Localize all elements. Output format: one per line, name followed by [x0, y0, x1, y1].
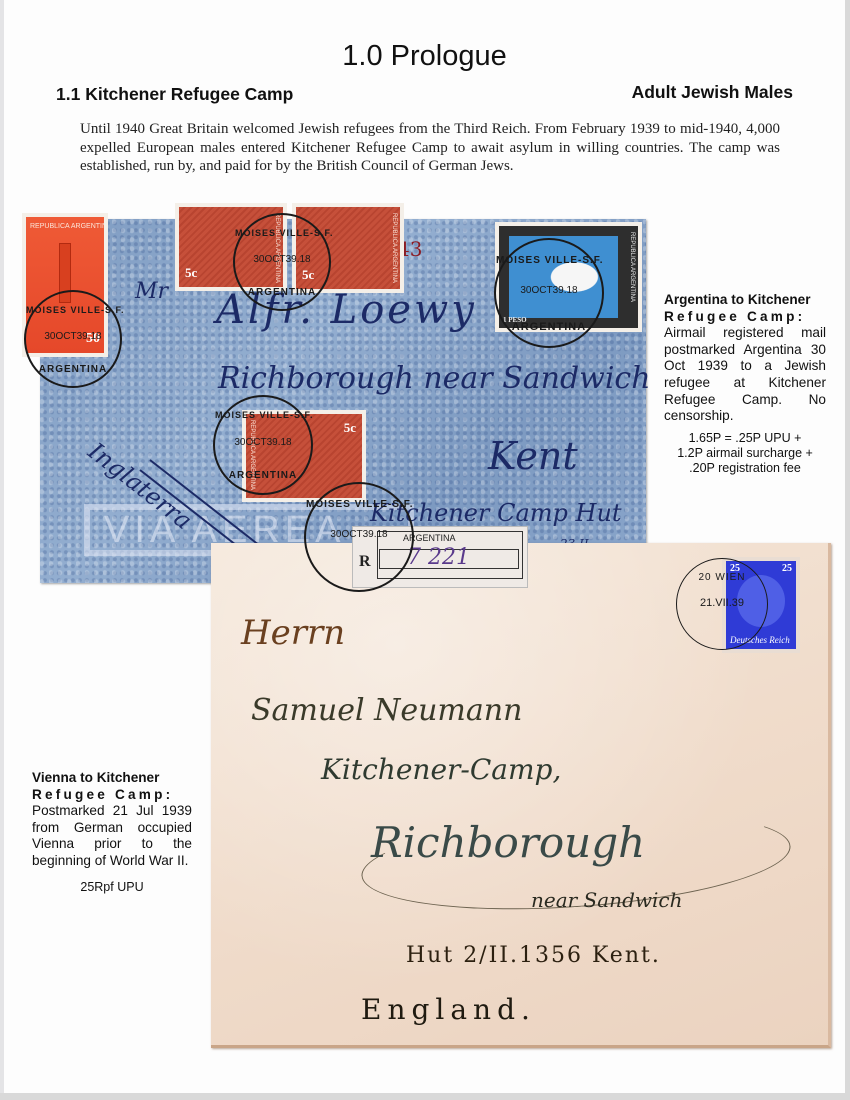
- address-near: near Sandwich: [531, 888, 682, 912]
- addressee: Samuel Neumann: [251, 693, 522, 728]
- postmark-moises-ville: MOISES VILLE-S.F. 30OCT39.18 ARGENTINA: [213, 395, 313, 495]
- salutation: Herrn: [241, 613, 345, 653]
- section-title: 1.1 Kitchener Refugee Camp: [56, 84, 293, 105]
- postmark-moises-ville: MOISES VILLE-S.F. 30OCT39.18 ARGENTINA: [24, 290, 122, 388]
- argentina-caption: Argentina to Kitchener Refugee Camp: Air…: [664, 292, 826, 476]
- vienna-caption: Vienna to Kitchener Refugee Camp: Postma…: [32, 770, 192, 895]
- postmark-moises-ville: MOISES VILLE-S.F. 30OCT39.18: [304, 482, 414, 592]
- postmark-moises-ville: MOISES VILLE-S.F. 30OCT39.18 ARGENTINA: [494, 238, 604, 348]
- destination-country: England.: [361, 993, 536, 1026]
- intro-paragraph: Until 1940 Great Britain welcomed Jewish…: [80, 120, 780, 176]
- section-subtitle: Adult Jewish Males: [632, 82, 793, 103]
- postage-rate: 25Rpf UPU: [32, 880, 192, 895]
- address-camp: Kitchener-Camp,: [321, 753, 561, 786]
- postmark-moises-ville: MOISES VILLE-S.F. 30OCT39.18 ARGENTINA: [233, 213, 331, 311]
- address-county: Kent: [488, 434, 578, 478]
- address-town: Richborough: [371, 818, 645, 867]
- page-title: 1.0 Prologue: [4, 40, 845, 73]
- address-line: Richborough near Sandwich: [218, 361, 651, 396]
- salutation: Mr: [135, 279, 168, 304]
- address-hut: Hut 2/II.1356 Kent.: [406, 943, 661, 968]
- postmark-wien: 20 WIEN 21.VII.39: [676, 558, 768, 650]
- postage-rate: 1.65P = .25P UPU + 1.2P airmail surcharg…: [664, 431, 826, 476]
- exhibit-page: 1.0 Prologue 1.1 Kitchener Refugee Camp …: [0, 0, 845, 1093]
